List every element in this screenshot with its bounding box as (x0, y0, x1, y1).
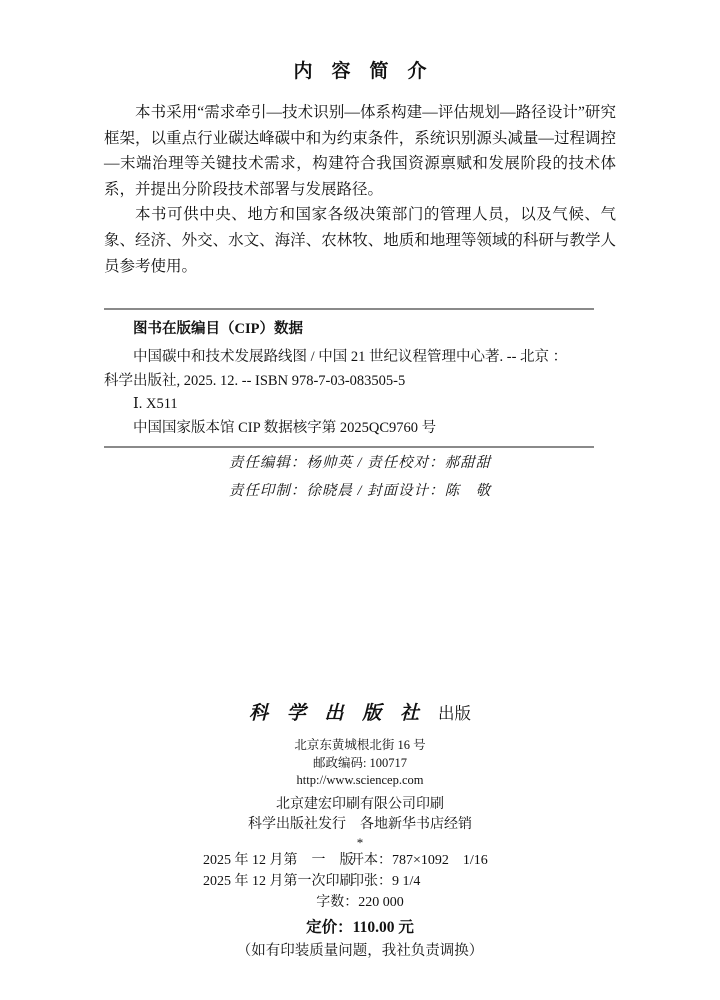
book-copyright-page: 内 容 简 介 本书采用“需求牵引—技术识别—体系构建—评估规划—路径设计”研究… (0, 0, 720, 1000)
sheets-spec: 印张：9 1/4 (350, 871, 517, 893)
cip-heading: 图书在版编目（CIP）数据 (104, 318, 594, 340)
colophon-section: 科 学 出 版 社 出版 北京东黄城根北街 16 号 邮政编码: 100717 … (0, 702, 720, 963)
staff-line-editors: 责任编辑：杨帅英 / 责任校对：郝甜甜 (0, 450, 720, 478)
page-title: 内 容 简 介 (104, 56, 616, 83)
word-count-line: 字数：220 000 (0, 893, 720, 912)
printing-date: 2025 年 12 月第一次印刷 (203, 871, 350, 893)
cip-entry-line-1: 中国碳中和技术发展路线图 / 中国 21 世纪议程管理中心著. -- 北京 ： (104, 346, 594, 370)
format-spec: 开本：787×1092 1/16 (350, 850, 517, 872)
intro-paragraph-2: 本书可供中央、地方和国家各级决策部门的管理人员，以及气候、气象、经济、外交、水文… (104, 202, 616, 279)
publisher-website: http://www.sciencep.com (0, 772, 720, 790)
publisher-suffix: 出版 (438, 704, 471, 723)
printer-line: 北京建宏印刷有限公司印刷 (0, 795, 720, 815)
intro-paragraph-1: 本书采用“需求牵引—技术识别—体系构建—评估规划—路径设计”研究框架，以重点行业… (104, 100, 616, 202)
edition-line: 2025 年 12 月第 一 版 开本：787×1092 1/16 (203, 850, 517, 872)
publisher-line: 科 学 出 版 社 出版 (0, 702, 720, 727)
staff-line-printing-design: 责任印制：徐晓晨 / 封面设计：陈 敬 (0, 478, 720, 506)
cip-data-block: 图书在版编目（CIP）数据 中国碳中和技术发展路线图 / 中国 21 世纪议程管… (104, 308, 594, 448)
distribution-line: 科学出版社发行 各地新华书店经销 (0, 815, 720, 835)
price-line: 定价：110.00 元 (0, 916, 720, 940)
cip-entry-line-2: 科学出版社, 2025. 12. -- ISBN 978-7-03-083505… (104, 370, 594, 394)
publisher-address: 北京东黄城根北街 16 号 (0, 737, 720, 755)
content-intro-section: 内 容 简 介 本书采用“需求牵引—技术识别—体系构建—评估规划—路径设计”研究… (104, 56, 616, 279)
separator-asterisk: * (0, 835, 720, 850)
publisher-postcode: 邮政编码: 100717 (0, 755, 720, 773)
printing-line: 2025 年 12 月第一次印刷 印张：9 1/4 (203, 871, 517, 893)
cip-record-number: 中国国家版本馆 CIP 数据核字第 2025QC9760 号 (104, 417, 594, 441)
publisher-logo-text: 科 学 出 版 社 (249, 703, 426, 724)
staff-credits-section: 责任编辑：杨帅英 / 责任校对：郝甜甜 责任印制：徐晓晨 / 封面设计：陈 敬 (0, 450, 720, 505)
cip-classification: Ⅰ. X511 (104, 393, 594, 417)
quality-note: （如有印装质量问题，我社负责调换） (0, 940, 720, 963)
edition-date: 2025 年 12 月第 一 版 (203, 850, 350, 872)
